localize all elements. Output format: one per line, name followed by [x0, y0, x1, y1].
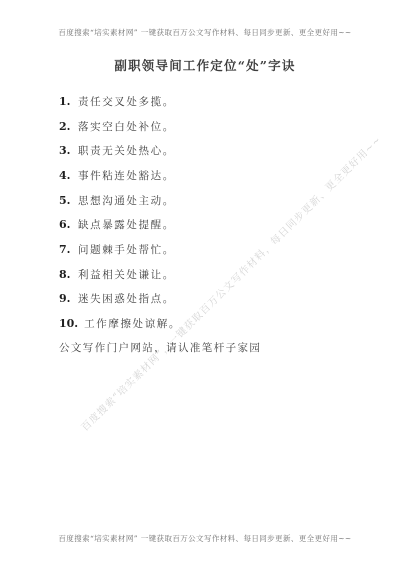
item-text: 利益相关处谦让。 — [78, 267, 175, 282]
list-item: 8. 利益相关处谦让。 — [59, 262, 181, 287]
item-text: 职责无关处热心。 — [78, 143, 175, 158]
item-number: 9. — [59, 292, 72, 305]
item-text: 事件粘连处豁达。 — [78, 168, 175, 183]
item-text: 问题棘手处帮忙。 — [78, 242, 175, 257]
item-number: 8. — [59, 268, 72, 281]
item-text: 缺点暴露处提醒。 — [78, 217, 175, 232]
item-number: 3. — [59, 144, 72, 157]
list-item: 3. 职责无关处热心。 — [59, 138, 181, 163]
item-text: 工作摩擦处谅解。 — [84, 316, 181, 331]
item-number: 5. — [59, 194, 72, 207]
item-text: 迷失困惑处指点。 — [78, 291, 175, 306]
document-page: 百度搜索“培实素材网”，一键获取百万公文写作材料，每日同步更新、更全更好用~~ … — [0, 0, 410, 580]
footer-promo-note: 百度搜索“培实素材网” 一键获取百万公文写作材料、每日同步更新、更全更好用~~ — [0, 533, 410, 544]
item-number: 2. — [59, 120, 72, 133]
list-item: 2. 落实空白处补位。 — [59, 114, 181, 139]
closing-note: 公文写作门户网站，请认准笔杆子家园 — [59, 340, 261, 355]
list-item: 7. 问题棘手处帮忙。 — [59, 237, 181, 262]
list-item: 4. 事件粘连处豁达。 — [59, 163, 181, 188]
item-number: 7. — [59, 243, 72, 256]
list-item: 6. 缺点暴露处提醒。 — [59, 212, 181, 237]
item-text: 责任交叉处多揽。 — [78, 94, 175, 109]
list-item: 10. 工作摩擦处谅解。 — [59, 311, 181, 336]
item-text: 落实空白处补位。 — [78, 119, 175, 134]
list-item: 9. 迷失困惑处指点。 — [59, 287, 181, 312]
header-promo-note: 百度搜索“培实素材网” 一键获取百万公文写作材料、每日同步更新、更全更好用~~ — [0, 27, 410, 38]
list-item: 1. 责任交叉处多揽。 — [59, 89, 181, 114]
document-title: 副职领导间工作定位“处”字诀 — [0, 56, 410, 74]
item-text: 思想沟通处主动。 — [78, 193, 175, 208]
list-item: 5. 思想沟通处主动。 — [59, 188, 181, 213]
item-number: 6. — [59, 218, 72, 231]
item-number: 1. — [59, 95, 72, 108]
numbered-item-list: 1. 责任交叉处多揽。 2. 落实空白处补位。 3. 职责无关处热心。 4. 事… — [59, 89, 181, 336]
item-number: 10. — [59, 317, 78, 330]
item-number: 4. — [59, 169, 72, 182]
